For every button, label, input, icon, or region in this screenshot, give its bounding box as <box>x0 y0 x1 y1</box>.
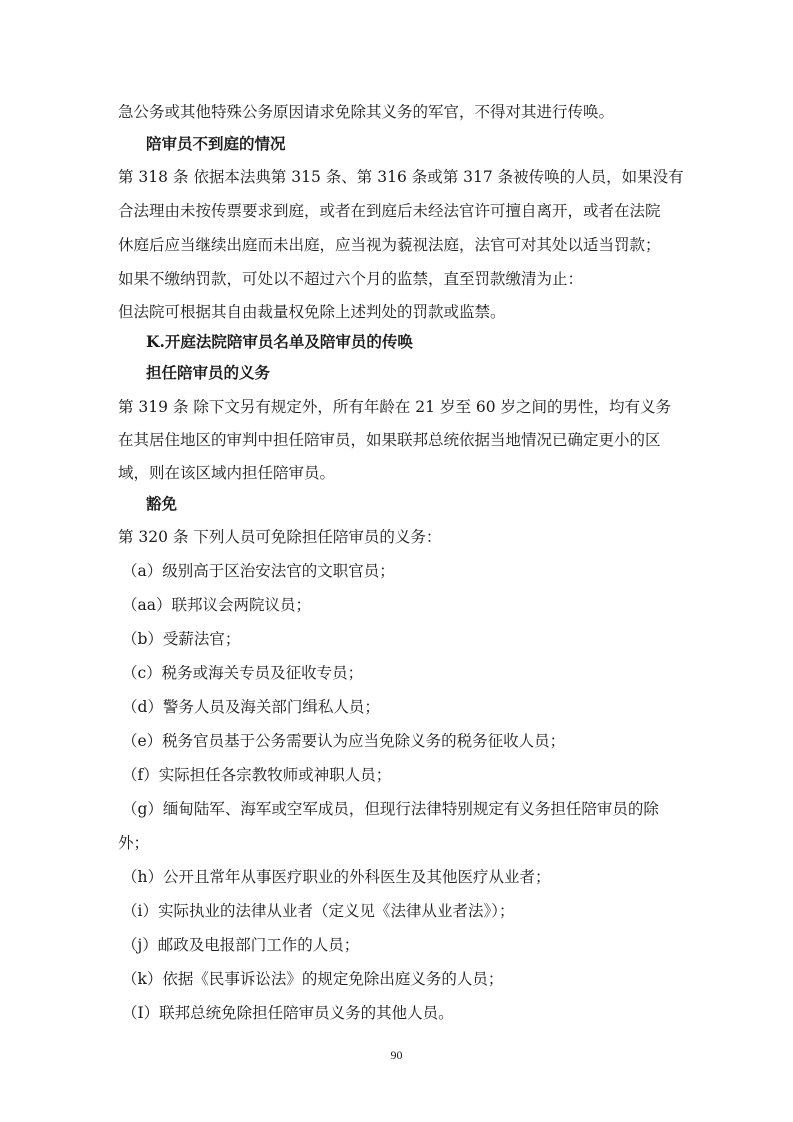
paragraph-line: 但法院可根据其自由裁量权免除上述判处的罚款或监禁。 <box>118 302 506 322</box>
paragraph-line: 外； <box>118 833 149 853</box>
list-item: （f）实际担任各宗教牧师或神职人员； <box>122 765 391 785</box>
article-319: 第 319 条 除下文另有规定外，所有年龄在 21 岁至 60 岁之间的男性，均… <box>118 397 671 417</box>
list-item: （d）警务人员及海关部门缉私人员； <box>122 697 380 717</box>
section-heading: 担任陪审员的义务 <box>146 363 270 383</box>
section-heading: 豁免 <box>146 494 177 514</box>
list-item: （h）公开且常年从事医疗职业的外科医生及其他医疗从业者； <box>122 867 551 887</box>
paragraph-line: 急公务或其他特殊公务原因请求免除其义务的军官，不得对其进行传唤。 <box>118 102 614 122</box>
list-item: （b）受薪法官； <box>122 629 240 649</box>
page-number: 90 <box>0 1048 793 1063</box>
article-320: 第 320 条 下列人员可免除担任陪审员的义务： <box>118 527 441 547</box>
article-318: 第 318 条 依据本法典第 315 条、第 316 条或第 317 条被传唤的… <box>118 167 684 187</box>
list-item: （a）级别高于区治安法官的文职官员； <box>122 561 395 581</box>
list-item: （c）税务或海关专员及征收专员； <box>122 663 363 683</box>
list-item: （g）缅甸陆军、海军或空军成员，但现行法律特别规定有义务担任陪审员的除 <box>122 799 659 819</box>
list-item: （k）依据《民事诉讼法》的规定免除出庭义务的人员； <box>122 969 503 989</box>
section-heading: 陪审员不到庭的情况 <box>146 134 286 154</box>
list-item: （j）邮政及电报部门工作的人员； <box>122 935 359 955</box>
list-item: （i）实际执业的法律从业者（定义见《法律从业者法》）； <box>122 901 514 921</box>
paragraph-line: 域，则在该区域内担任陪审员。 <box>118 463 335 483</box>
list-item: （I）联邦总统免除担任陪审员义务的其他人员。 <box>122 1003 454 1023</box>
paragraph-line: 如果不缴纳罚款，可处以不超过六个月的监禁，直至罚款缴清为止： <box>118 269 583 289</box>
list-item: （e）税务官员基于公务需要认为应当免除义务的税务征收人员； <box>122 731 565 751</box>
paragraph-line: 休庭后应当继续出庭而未出庭，应当视为藐视法庭，法官可对其处以适当罚款； <box>118 235 661 255</box>
chapter-heading: K.开庭法院陪审员名单及陪审员的传唤 <box>146 332 413 352</box>
paragraph-line: 在其居住地区的审判中担任陪审员，如果联邦总统依据当地情况已确定更小的区 <box>118 430 661 450</box>
list-item: （aa）联邦议会两院议员； <box>122 595 311 615</box>
paragraph-line: 合法理由未按传票要求到庭，或者在到庭后未经法官许可擅自离开，或者在法院 <box>118 201 661 221</box>
